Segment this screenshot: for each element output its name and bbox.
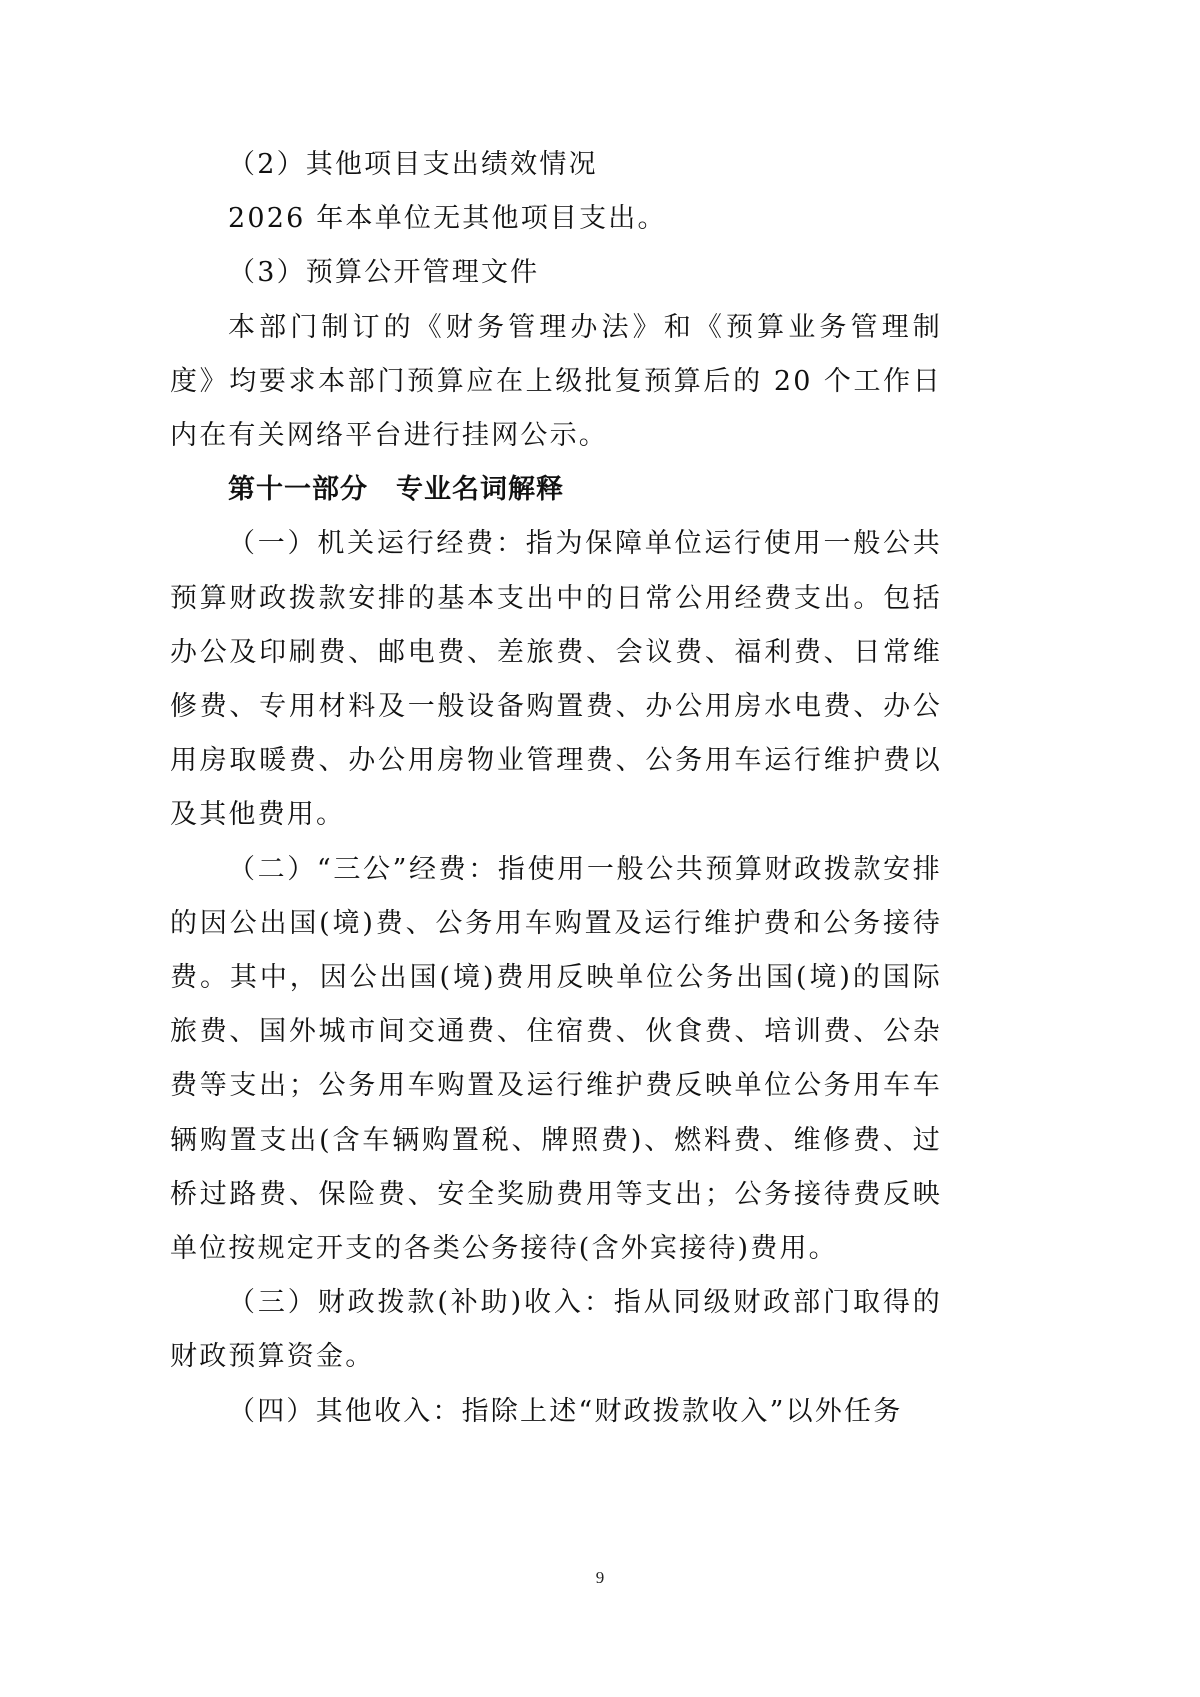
definition-other-income: （四）其他收入：指除上述“财政拨款收入”以外任务	[170, 1385, 942, 1439]
subheading-budget-disclosure-documents: （3）预算公开管理文件	[170, 246, 942, 300]
definition-operating-expenses: （一）机关运行经费：指为保障单位运行使用一般公共预算财政拨款安排的基本支出中的日…	[170, 517, 942, 842]
section-heading: 第十一部分专业名词解释	[170, 463, 942, 517]
paragraph-no-other-project-spending: 2026 年本单位无其他项目支出。	[170, 192, 942, 246]
paragraph-budget-disclosure-rules: 本部门制订的《财务管理办法》和《预算业务管理制度》均要求本部门预算应在上级批复预…	[170, 301, 942, 464]
definition-fiscal-appropriation-income: （三）财政拨款(补助)收入：指从同级财政部门取得的财政预算资金。	[170, 1276, 942, 1384]
definition-three-public-expenses: （二）“三公”经费：指使用一般公共预算财政拨款安排的因公出国(境)费、公务用车购…	[170, 843, 942, 1277]
section-title: 专业名词解释	[396, 474, 564, 505]
subheading-other-project-performance: （2）其他项目支出绩效情况	[170, 138, 942, 192]
document-page: （2）其他项目支出绩效情况 2026 年本单位无其他项目支出。 （3）预算公开管…	[170, 138, 942, 1439]
section-part-label: 第十一部分	[228, 474, 368, 505]
page-number: 9	[0, 1568, 1200, 1588]
